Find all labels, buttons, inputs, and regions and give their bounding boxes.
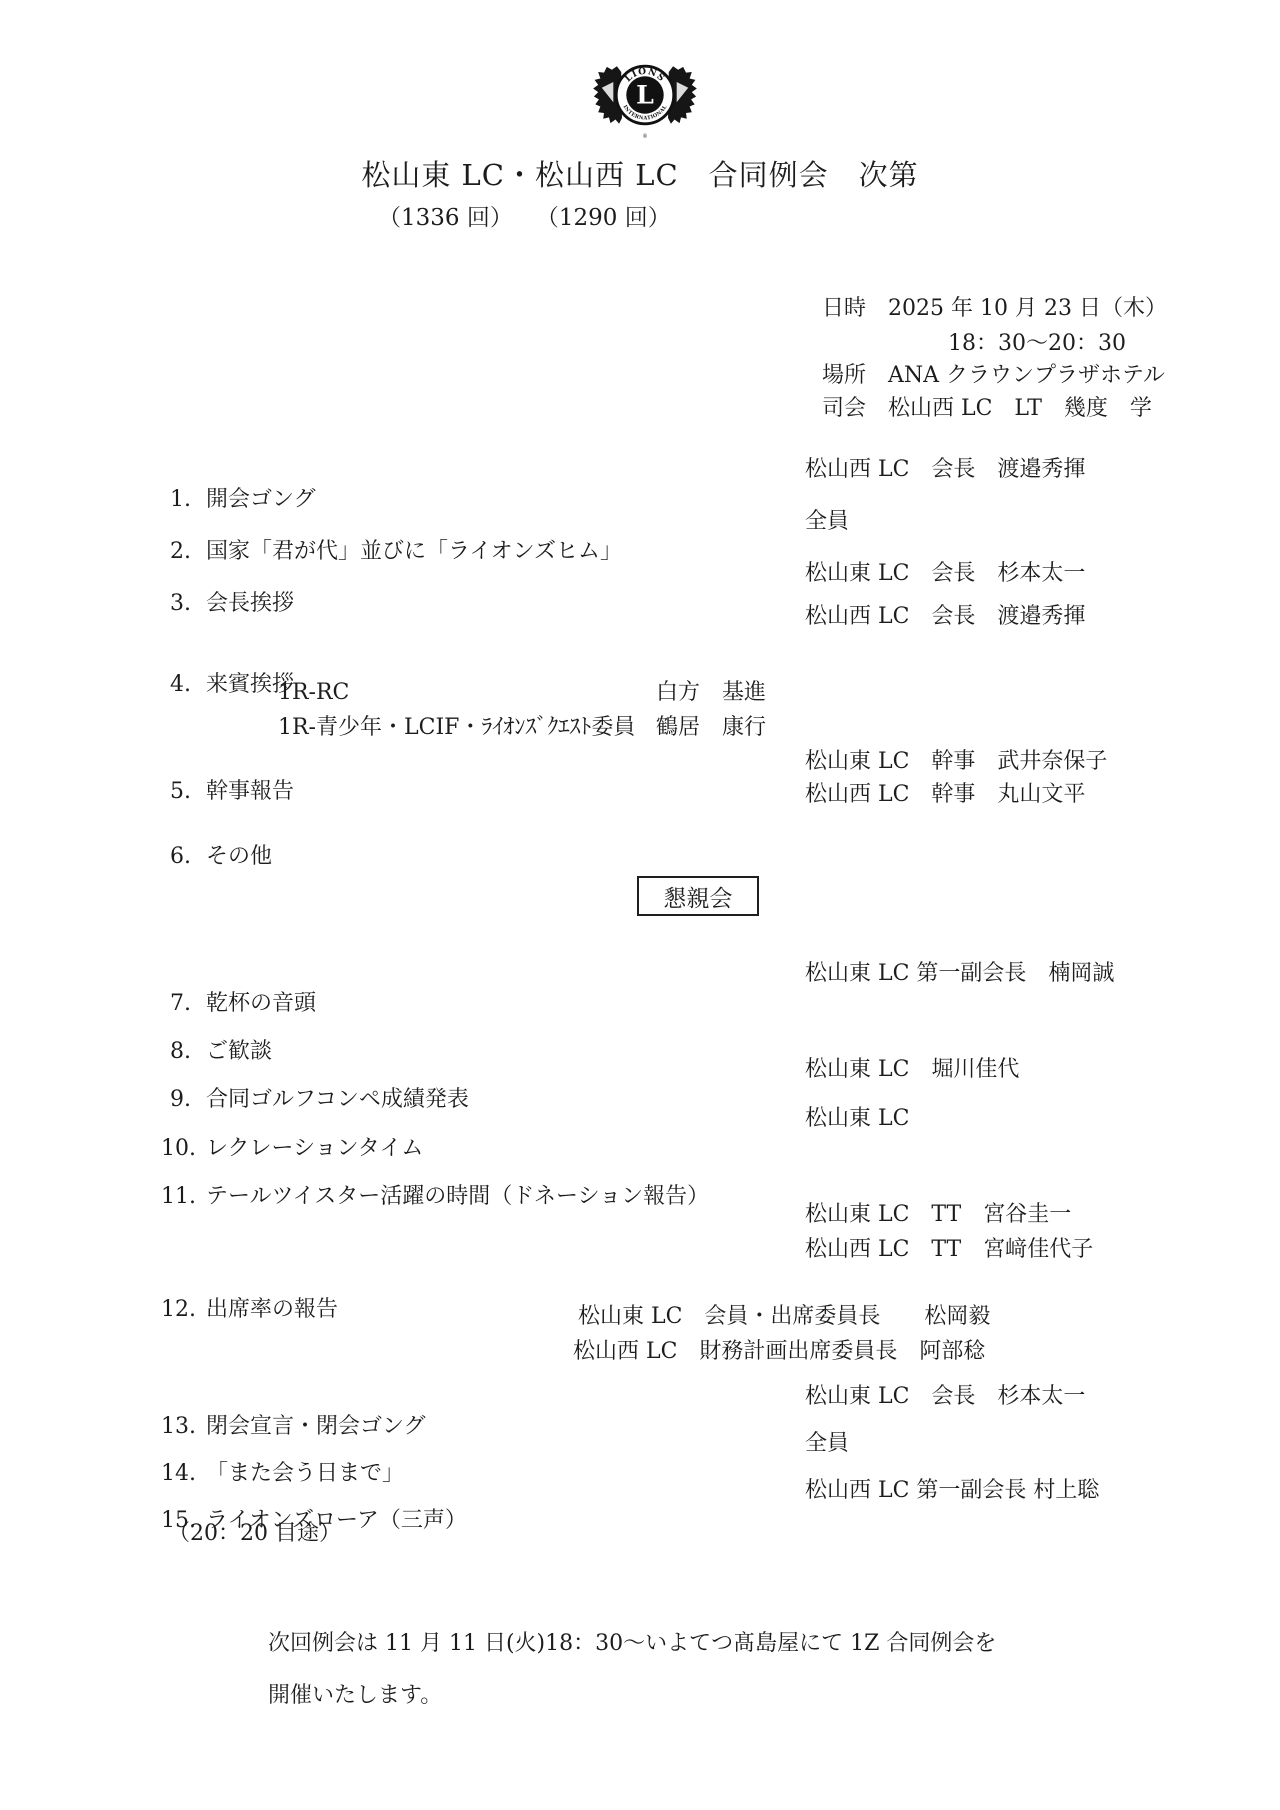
section-label-box: 懇親会 xyxy=(637,876,759,916)
item-number: 4. xyxy=(161,670,206,700)
agenda-item-10-assignee: 松山東 LC xyxy=(805,1104,909,1134)
agenda-item-2-assignee: 全員 xyxy=(805,507,849,537)
guest-name-1: 白方 基進 xyxy=(656,678,766,708)
agenda-item-3-assignee-2: 松山西 LC 会長 渡邉秀揮 xyxy=(805,602,1085,632)
logo-registered-mark: ® xyxy=(642,133,647,140)
guest-name-2: 鶴居 康行 xyxy=(656,713,766,743)
agenda-item-7-assignee: 松山東 LC 第一副会長 楠岡誠 xyxy=(805,959,1114,989)
guest-role-1: 1R-RC xyxy=(278,678,349,708)
agenda-item-9-assignee: 松山東 LC 堀川佳代 xyxy=(805,1055,1019,1085)
item-number: 11. xyxy=(161,1182,206,1212)
info-datetime: 日時 2025 年 10 月 23 日（木） xyxy=(822,294,1167,324)
meeting-counts: （1336 回） （1290 回） xyxy=(378,203,671,233)
agenda-item-5-assignee-1: 松山東 LC 幹事 武井奈保子 xyxy=(805,747,1107,777)
agenda-item-15-assignee: 松山西 LC 第一副会長 村上聡 xyxy=(805,1476,1099,1506)
item-number: 3. xyxy=(161,589,206,619)
item-number: 6. xyxy=(161,842,206,872)
info-time-range: 18：30～20：30 xyxy=(948,329,1126,359)
agenda-item-11-assignee-1: 松山東 LC TT 宮谷圭一 xyxy=(805,1200,1071,1230)
lions-international-logo-icon: LIONS INTERNATIONAL L ® xyxy=(591,50,699,140)
agenda-item-12-assignee-1: 松山東 LC 会員・出席委員長 松岡毅 xyxy=(578,1302,990,1332)
agenda-item-11: 11.テールツイスター活躍の時間（ドネーション報告） xyxy=(133,1152,709,1242)
guest-role-2: 1R-青少年・LCIF・ﾗｲｵﾝｽﾞｸｴｽﾄ委員 xyxy=(278,713,635,743)
item-title: 出席率の報告 xyxy=(206,1297,338,1322)
agenda-item-3-assignee-1: 松山東 LC 会長 杉本太一 xyxy=(805,559,1085,589)
agenda-item-6: 6.その他 xyxy=(133,812,272,902)
agenda-item-13-assignee: 松山東 LC 会長 杉本太一 xyxy=(805,1382,1085,1412)
agenda-item-4: 4.来賓挨拶 xyxy=(133,640,294,730)
info-mc: 司会 松山西 LC LT 幾度 学 xyxy=(822,394,1152,424)
agenda-document: LIONS INTERNATIONAL L ® 松山東 LC・松山西 LC 合同… xyxy=(0,0,1280,1810)
item-number: 5. xyxy=(161,777,206,807)
logo-letter-l: L xyxy=(636,80,654,110)
agenda-item-3: 3.会長挨拶 xyxy=(133,559,294,649)
agenda-item-5-assignee-2: 松山西 LC 幹事 丸山文平 xyxy=(805,780,1085,810)
agenda-item-15-note: （20：20 目途） xyxy=(168,1519,341,1549)
item-title: 幹事報告 xyxy=(206,779,294,804)
agenda-item-14-assignee: 全員 xyxy=(805,1429,849,1459)
next-meeting-note-line-2: 開催いたします。 xyxy=(268,1681,442,1711)
agenda-item-12: 12.出席率の報告 xyxy=(133,1265,338,1355)
info-place: 場所 ANA クラウンプラザホテル xyxy=(822,361,1165,391)
agenda-item-1-assignee: 松山西 LC 会長 渡邉秀揮 xyxy=(805,455,1085,485)
next-meeting-note-line-1: 次回例会は 11 月 11 日(火)18：30～いよてつ髙島屋にて 1Z 合同例… xyxy=(268,1629,996,1659)
item-title: テールツイスター活躍の時間（ドネーション報告） xyxy=(206,1184,709,1209)
page-title: 松山東 LC・松山西 LC 合同例会 次第 xyxy=(0,156,1280,194)
item-number: 12. xyxy=(161,1295,206,1325)
item-title: 会長挨拶 xyxy=(206,591,294,616)
agenda-item-11-assignee-2: 松山西 LC TT 宮﨑佳代子 xyxy=(805,1235,1093,1265)
item-title: その他 xyxy=(206,844,272,869)
agenda-item-12-assignee-2: 松山西 LC 財務計画出席委員長 阿部稔 xyxy=(573,1337,985,1367)
